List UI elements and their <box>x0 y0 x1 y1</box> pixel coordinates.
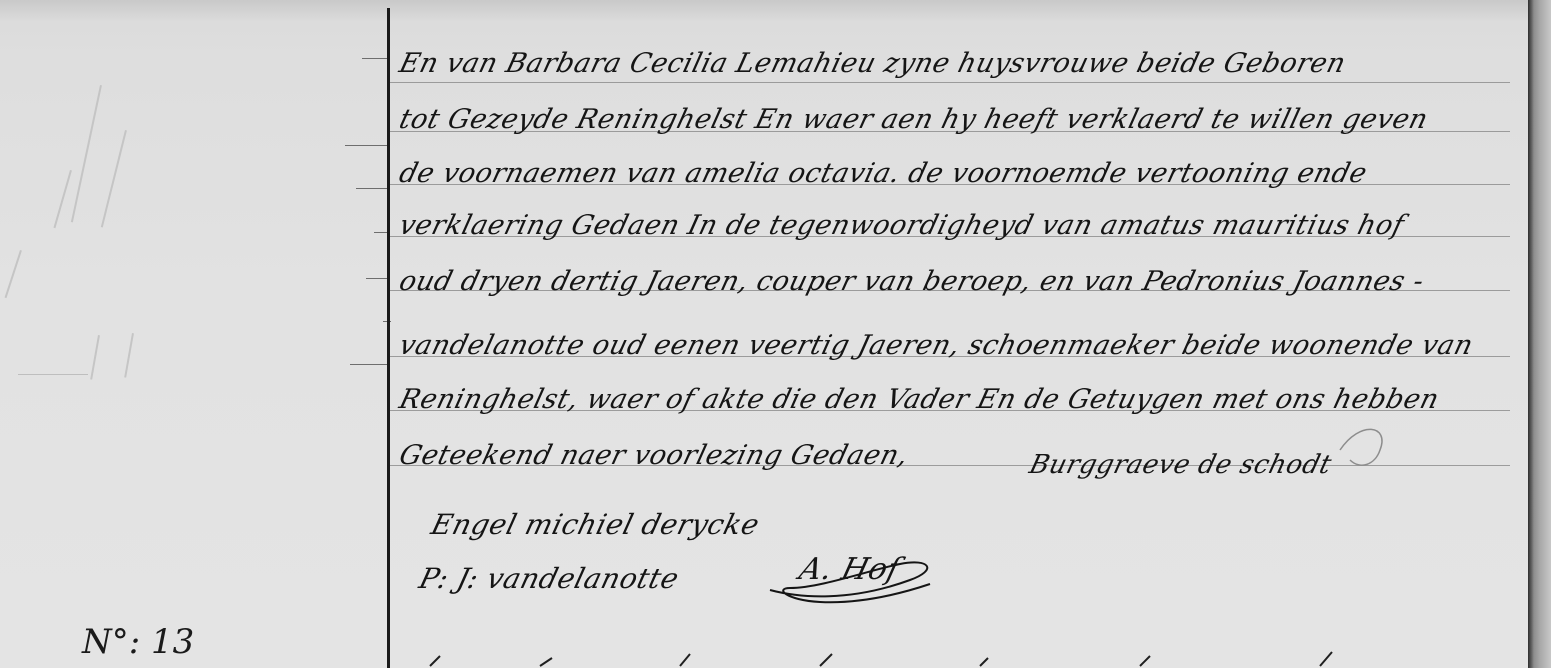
margin-rule <box>387 8 390 668</box>
ruled-line <box>390 82 1510 83</box>
bleed-through-stroke <box>71 85 102 222</box>
signature-burggraeve: Burggraeve de schodt <box>1026 450 1334 480</box>
signature-witness-derycke: Engel michiel derycke <box>428 508 763 541</box>
entry-line-7: Reninghelst, waer of akte die den Vader … <box>396 384 1442 415</box>
signature-witness-vandelanotte: P: J: vandelanotte <box>416 562 682 595</box>
faint-loop-mark <box>1330 420 1400 480</box>
entry-line-4: verklaering Gedaen In de tegenwoordighey… <box>396 210 1407 241</box>
entry-line-8: Geteekend naer voorlezing Gedaen, <box>396 440 911 471</box>
margin-tick <box>345 145 388 146</box>
register-page: En van Barbara Cecilia Lemahieu zyne huy… <box>0 0 1528 668</box>
bleed-through-stroke <box>90 335 100 380</box>
entry-line-5: oud dryen dertig Jaeren, couper van bero… <box>396 266 1427 297</box>
bleed-through-stroke <box>101 130 127 228</box>
margin-tick <box>366 278 388 279</box>
entry-line-3: de voornaemen van amelia octavia. de voo… <box>396 158 1370 189</box>
next-entry-fragment <box>420 648 1520 668</box>
book-binding-edge <box>1528 0 1551 668</box>
entry-line-6: vandelanotte oud eenen veertig Jaeren, s… <box>396 330 1476 361</box>
bleed-through-stroke <box>5 250 22 298</box>
bleed-through-stroke <box>124 333 134 378</box>
entry-line-1: En van Barbara Cecilia Lemahieu zyne huy… <box>396 48 1349 79</box>
faint-margin-line <box>18 374 88 375</box>
entry-line-2: tot Gezeyde Reninghelst En waer aen hy h… <box>396 104 1431 135</box>
margin-tick <box>350 364 388 365</box>
bleed-through-stroke <box>53 170 71 228</box>
signature-flourish <box>760 540 940 610</box>
margin-tick <box>356 188 388 189</box>
margin-tick <box>362 58 388 59</box>
margin-tick <box>374 232 388 233</box>
entry-number-note: N°: 13 <box>82 622 194 662</box>
